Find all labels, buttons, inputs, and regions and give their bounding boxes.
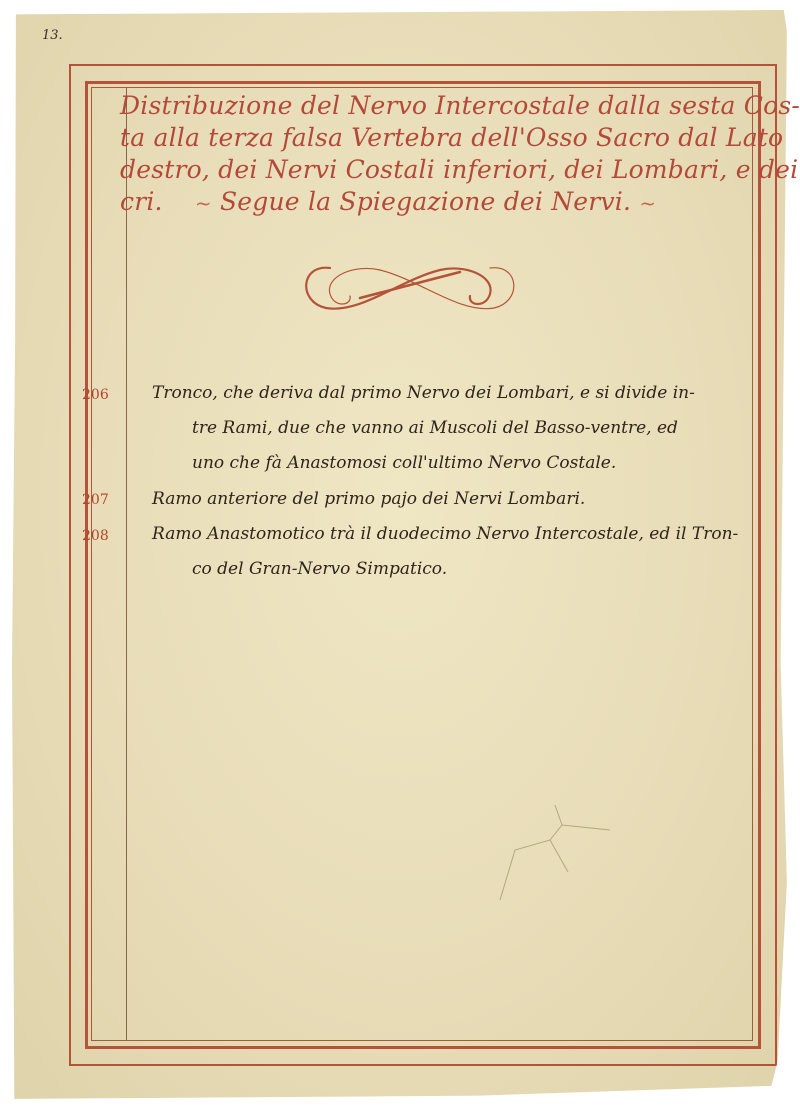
entry-206-text: Tronco, che deriva dal primo Nervo dei L… [152, 376, 742, 481]
paper-crack-mark [480, 790, 640, 900]
title-line-2: ta alla terza falsa Vertebra dell'Osso S… [120, 122, 740, 154]
title-line-3: destro, dei Nervi Costali inferiori, dei… [120, 154, 740, 186]
tilde-ornament-left: ~ [195, 191, 212, 215]
page-number: 13. [42, 28, 63, 43]
entry-208-text: Ramo Anastomotico trà il duodecimo Nervo… [152, 517, 742, 587]
tilde-ornament-right: ~ [639, 191, 656, 215]
entry-207-line-1: Ramo anteriore del primo pajo dei Nervi … [152, 482, 742, 517]
page-title: Distribuzione del Nervo Intercostale dal… [120, 90, 740, 219]
entry-206-line-3: uno che fà Anastomosi coll'ultimo Nervo … [192, 446, 742, 481]
entry-number-208: 208 [82, 528, 112, 544]
entry-number-206: 206 [82, 387, 112, 403]
flourish-ornament-icon [290, 250, 530, 320]
entry-206-line-2: tre Rami, due che vanno ai Muscoli del B… [192, 411, 742, 446]
subtitle-text: Segue la Spiegazione dei Nervi. [220, 187, 631, 216]
entry-207-text: Ramo anteriore del primo pajo dei Nervi … [152, 482, 742, 517]
subtitle: ~ Segue la Spiegazione dei Nervi. ~ [195, 187, 656, 216]
margin-column-rule [126, 88, 127, 1040]
title-line-4-text: cri. [120, 187, 163, 216]
title-line-4: cri. ~ Segue la Spiegazione dei Nervi. ~ [120, 186, 740, 219]
entry-number-207: 207 [82, 492, 112, 508]
entry-208-line-2: co del Gran-Nervo Simpatico. [192, 552, 742, 587]
title-line-1: Distribuzione del Nervo Intercostale dal… [120, 90, 740, 122]
entry-206-line-1: Tronco, che deriva dal primo Nervo dei L… [152, 376, 742, 411]
entry-208-line-1: Ramo Anastomotico trà il duodecimo Nervo… [152, 517, 742, 552]
